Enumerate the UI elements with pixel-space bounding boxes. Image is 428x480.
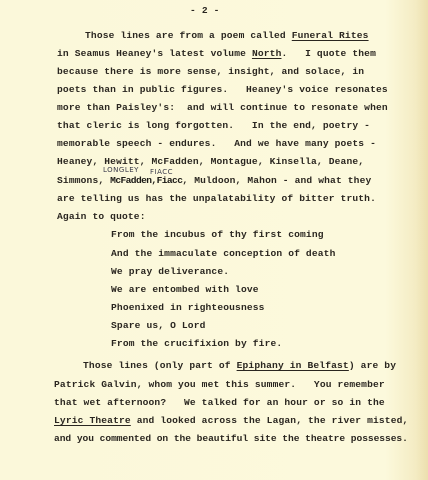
paragraph-1-line-10: are telling us has the unpalatability of… xyxy=(57,193,376,204)
text: Simmons, xyxy=(57,175,110,186)
text: ) are by xyxy=(349,360,396,371)
poem-line-5: Phoenixed in righteousness xyxy=(111,302,265,313)
paragraph-1-line-1: Those lines are from a poem called Funer… xyxy=(85,30,369,41)
typed-letter-page: - 2 - Those lines are from a poem called… xyxy=(0,0,428,480)
page-number: - 2 - xyxy=(190,5,220,16)
poem-title-epiphany-in-belfast: Epiphany in Belfast xyxy=(237,360,349,371)
poem-line-3: We pray deliverance. xyxy=(111,266,229,277)
paragraph-1-line-6: that cleric is long forgotten. In the en… xyxy=(57,120,370,131)
paragraph-1-line-4: poets than in public figures. Heaney's v… xyxy=(57,84,388,95)
poem-line-7: From the crucifixion by fire. xyxy=(111,338,282,349)
paragraph-1-line-2: in Seamus Heaney's latest volume North. … xyxy=(57,48,376,59)
text: Those lines (only part of xyxy=(83,360,237,371)
book-title-north: North xyxy=(252,48,282,59)
poem-title-funeral-rites: Funeral Rites xyxy=(292,30,369,41)
text: in Seamus Heaney's latest volume xyxy=(57,48,252,59)
paragraph-1-line-5: more than Paisley's: and will continue t… xyxy=(57,102,388,113)
paragraph-1-line-9: Simmons, McFadden,Fiacc, Muldoon, Mahon … xyxy=(57,175,371,186)
text: Those lines are from a poem called xyxy=(85,30,292,41)
paragraph-2-line-2: Patrick Galvin, whom you met this summer… xyxy=(54,379,385,390)
lyric-theatre-underlined: Lyric Theatre xyxy=(54,415,131,426)
poem-line-6: Spare us, O Lord xyxy=(111,320,206,331)
paragraph-1-line-3: because there is more sense, insight, an… xyxy=(57,66,364,77)
overtyped-correction: McFadden,Fiacc xyxy=(110,175,182,186)
text: . I quote them xyxy=(281,48,376,59)
poem-line-2: And the immaculate conception of death xyxy=(111,248,335,259)
text: , Muldoon, Mahon - and what they xyxy=(182,175,371,186)
paragraph-2-line-4: Lyric Theatre and looked across the Laga… xyxy=(54,415,408,426)
paragraph-1-line-11: Again to quote: xyxy=(57,211,146,222)
paragraph-1-line-7: memorable speech - endures. And we have … xyxy=(57,138,376,149)
text: and looked across the Lagan, the river m… xyxy=(131,415,409,426)
handwritten-insert-longley: LONGLEY xyxy=(103,166,139,174)
paragraph-2-line-5: and you commented on the beautiful site … xyxy=(54,433,408,444)
paragraph-2-line-3: that wet afternoon? We talked for an hou… xyxy=(54,397,385,408)
paragraph-2-line-1: Those lines (only part of Epiphany in Be… xyxy=(83,360,396,371)
poem-line-4: We are entombed with love xyxy=(111,284,259,295)
poem-line-1: From the incubus of thy first coming xyxy=(111,229,324,240)
